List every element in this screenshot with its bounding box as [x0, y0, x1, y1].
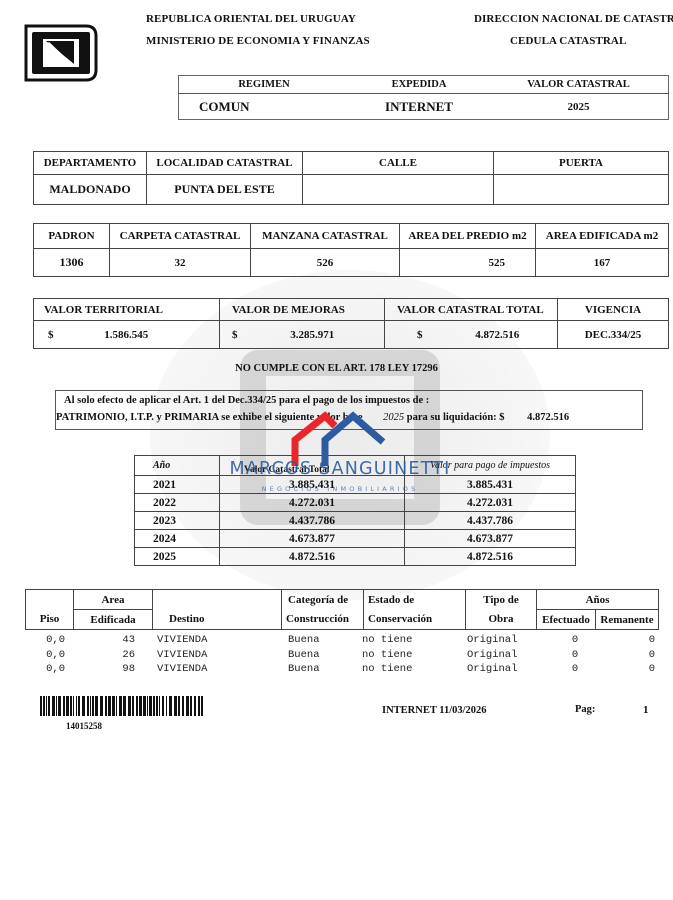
construction-piso: 0,0	[35, 634, 65, 646]
history-row: 20254.872.5164.872.516	[135, 548, 576, 566]
regimen-value: COMUN	[179, 94, 350, 120]
expedida-header: EXPEDIDA	[349, 76, 489, 94]
conservacion-header: Conservación	[364, 610, 466, 630]
construction-area: 43	[85, 634, 135, 646]
manzana-value: 526	[251, 249, 400, 277]
carpeta-header: CARPETA CATASTRAL	[110, 224, 251, 249]
calle-value	[303, 175, 494, 205]
construction-row: 0,026VIVIENDABuenano tieneOriginal00	[25, 649, 659, 664]
valor-catastral-total-value: 4.872.516	[475, 329, 519, 341]
regimen-table: REGIMEN EXPEDIDA VALOR CATASTRAL COMUN I…	[178, 75, 669, 120]
construction-remanente: 0	[615, 649, 655, 661]
brand-name: MARCOS SANGUINETTI	[225, 459, 455, 479]
header-cedula: CEDULA CATASTRAL	[510, 35, 626, 47]
history-impuestos: 4.673.877	[405, 530, 576, 548]
location-table: DEPARTAMENTO LOCALIDAD CATASTRAL CALLE P…	[33, 151, 669, 205]
area-predio-value: 525	[400, 249, 536, 277]
area-edificada-value: 167	[536, 249, 669, 277]
history-year: 2025	[135, 548, 220, 566]
manzana-header: MANZANA CATASTRAL	[251, 224, 400, 249]
history-total: 4.872.516	[220, 548, 405, 566]
page-number: 1	[643, 704, 649, 716]
currency-symbol: $	[232, 329, 238, 341]
brand-tagline: NEGOCIOS INMOBILIARIOS	[225, 485, 455, 493]
valor-catastral-header: VALOR CATASTRAL	[489, 76, 669, 94]
valor-catastral-total-cell: $ 4.872.516	[385, 321, 558, 349]
construction-piso: 0,0	[35, 649, 65, 661]
parcel-table: PADRON CARPETA CATASTRAL MANZANA CATASTR…	[33, 223, 669, 277]
currency-symbol: $	[417, 329, 423, 341]
vigencia-header: VIGENCIA	[558, 299, 669, 321]
construction-categoria: Buena	[288, 649, 368, 661]
construction-categoria: Buena	[288, 634, 368, 646]
valor-catastral-value: 2025	[489, 94, 669, 120]
calle-header: CALLE	[303, 152, 494, 175]
area-top-header: Area	[74, 590, 153, 610]
departamento-header: DEPARTAMENTO	[34, 152, 147, 175]
carpeta-value: 32	[110, 249, 251, 277]
construction-remanente: 0	[615, 663, 655, 675]
construccion-header: Construcción	[282, 610, 364, 630]
history-impuestos: 4.437.786	[405, 512, 576, 530]
construction-tipo: Original	[467, 663, 537, 675]
construction-destino: VIVIENDA	[157, 634, 257, 646]
history-year: 2021	[135, 476, 220, 494]
piso-header: Piso	[26, 610, 74, 630]
construction-destino: VIVIENDA	[157, 649, 257, 661]
padron-value: 1306	[34, 249, 110, 277]
construction-rows: 0,043VIVIENDABuenano tieneOriginal000,02…	[25, 634, 659, 678]
issued-date: INTERNET 11/03/2026	[382, 705, 487, 716]
vigencia-value: DEC.334/25	[558, 321, 669, 349]
history-row: 20244.673.8774.673.877	[135, 530, 576, 548]
page-label: Pag:	[575, 704, 595, 715]
construction-estado: no tiene	[362, 634, 452, 646]
edificada-header: Edificada	[74, 610, 153, 630]
destino-header: Destino	[153, 610, 282, 630]
history-row: 20234.437.7864.437.786	[135, 512, 576, 530]
valor-territorial-header: VALOR TERRITORIAL	[34, 299, 220, 321]
construction-row: 0,043VIVIENDABuenano tieneOriginal00	[25, 634, 659, 649]
construction-efectuado: 0	[555, 649, 595, 661]
area-edificada-header: AREA EDIFICADA m2	[536, 224, 669, 249]
construction-table: Area Categoría de Estado de Tipo de Años…	[25, 589, 659, 630]
obra-header: Obra	[466, 610, 537, 630]
anos-top-header: Años	[537, 590, 659, 610]
construction-piso: 0,0	[35, 663, 65, 675]
history-year: 2023	[135, 512, 220, 530]
construction-efectuado: 0	[555, 663, 595, 675]
construction-area: 98	[85, 663, 135, 675]
padron-header: PADRON	[34, 224, 110, 249]
construction-tipo: Original	[467, 634, 537, 646]
history-total: 4.437.786	[220, 512, 405, 530]
construction-destino: VIVIENDA	[157, 663, 257, 675]
valor-mejoras-header: VALOR DE MEJORAS	[220, 299, 385, 321]
compliance-notice: NO CUMPLE CON EL ART. 178 LEY 17296	[0, 363, 673, 374]
destino-top-header	[153, 590, 282, 610]
construction-categoria: Buena	[288, 663, 368, 675]
dnc-logo-icon	[24, 24, 98, 82]
efectuado-header: Efectuado	[537, 610, 596, 630]
valor-mejoras-value: 3.285.971	[290, 329, 334, 341]
barcode	[40, 696, 206, 716]
categoria-top-header: Categoría de	[282, 590, 364, 610]
construction-area: 26	[85, 649, 135, 661]
expedida-value: INTERNET	[349, 94, 489, 120]
tax-base-line1: Al solo efecto de aplicar el Art. 1 del …	[64, 395, 429, 406]
tax-base-amount: 4.872.516	[527, 412, 569, 423]
construction-estado: no tiene	[362, 663, 452, 675]
valor-mejoras-cell: $ 3.285.971	[220, 321, 385, 349]
area-predio-header: AREA DEL PREDIO m2	[400, 224, 536, 249]
remanente-header: Remanente	[596, 610, 659, 630]
header-republica: REPUBLICA ORIENTAL DEL URUGUAY	[146, 13, 356, 25]
departamento-value: MALDONADO	[34, 175, 147, 205]
year-header: Año	[135, 456, 220, 476]
header-ministerio: MINISTERIO DE ECONOMIA Y FINANZAS	[146, 35, 370, 47]
piso-top-header	[26, 590, 74, 610]
localidad-header: LOCALIDAD CATASTRAL	[147, 152, 303, 175]
tipo-top-header: Tipo de	[466, 590, 537, 610]
barcode-number: 14015258	[66, 721, 102, 731]
localidad-value: PUNTA DEL ESTE	[147, 175, 303, 205]
construction-row: 0,098VIVIENDABuenano tieneOriginal00	[25, 663, 659, 678]
history-year: 2022	[135, 494, 220, 512]
brand-watermark: MARCOS SANGUINETTI NEGOCIOS INMOBILIARIO…	[225, 408, 455, 498]
puerta-header: PUERTA	[494, 152, 669, 175]
history-year: 2024	[135, 530, 220, 548]
construction-efectuado: 0	[555, 634, 595, 646]
construction-tipo: Original	[467, 649, 537, 661]
valor-catastral-total-header: VALOR CATASTRAL TOTAL	[385, 299, 558, 321]
valor-territorial-value: 1.586.545	[104, 329, 148, 341]
valuation-table: VALOR TERRITORIAL VALOR DE MEJORAS VALOR…	[33, 298, 669, 349]
valor-territorial-cell: $ 1.586.545	[34, 321, 220, 349]
puerta-value	[494, 175, 669, 205]
history-total: 4.673.877	[220, 530, 405, 548]
estado-top-header: Estado de	[364, 590, 466, 610]
construction-remanente: 0	[615, 634, 655, 646]
header-direccion: DIRECCION NACIONAL DE CATASTR	[474, 13, 673, 25]
construction-estado: no tiene	[362, 649, 452, 661]
regimen-header: REGIMEN	[179, 76, 350, 94]
currency-symbol: $	[48, 329, 54, 341]
history-impuestos: 4.872.516	[405, 548, 576, 566]
